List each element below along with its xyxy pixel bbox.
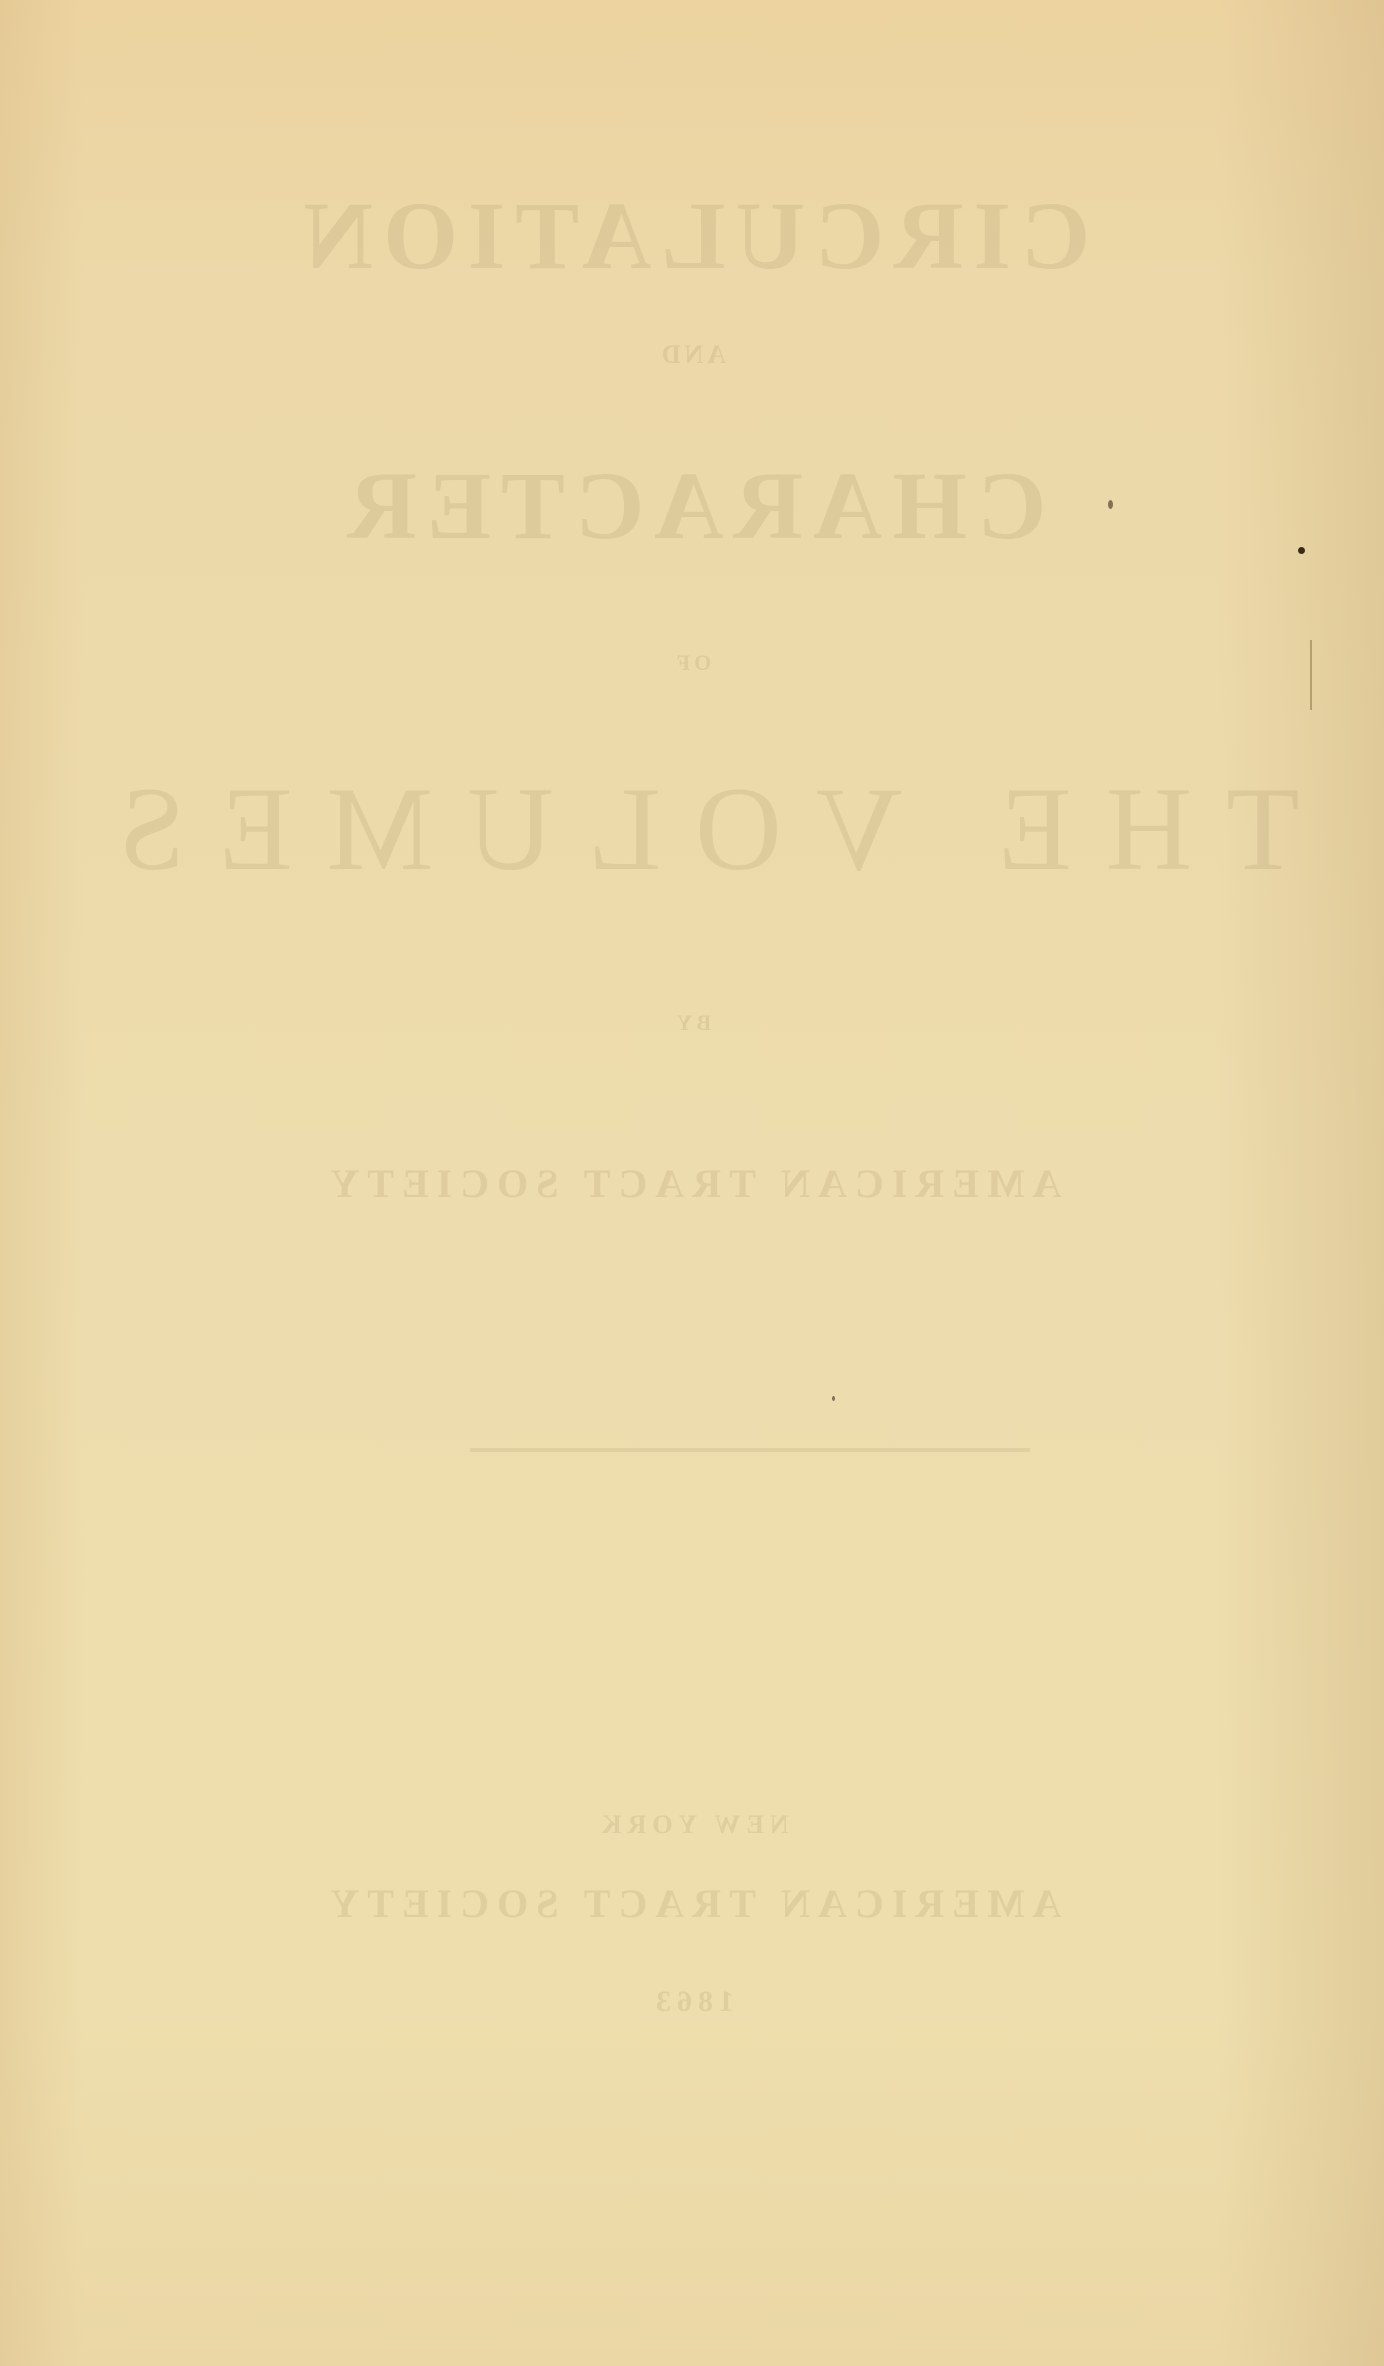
book-page: CIRCULATION AND CHARACTER OF THE VOLUMES… [0,0,1384,2366]
show-through-place: NEW YORK [0,1810,1384,1840]
show-through-publisher: AMERICAN TRACT SOCIETY [0,1880,1384,1927]
ink-speck [1108,500,1113,509]
show-through-year: 1863 [0,1985,1384,2019]
show-through-by: BY [0,1010,1384,1036]
ink-speck [832,1396,835,1401]
show-through-rule [470,1448,1030,1452]
show-through-and: AND [0,340,1384,370]
show-through-author: AMERICAN TRACT SOCIETY [0,1160,1384,1207]
margin-mark [1310,640,1312,710]
show-through-title: CIRCULATION [0,180,1384,291]
show-through-of: OF [0,650,1384,676]
show-through-subtitle: CHARACTER [0,450,1384,561]
ink-speck [1298,547,1305,554]
show-through-volumes: THE VOLUMES [0,760,1384,898]
